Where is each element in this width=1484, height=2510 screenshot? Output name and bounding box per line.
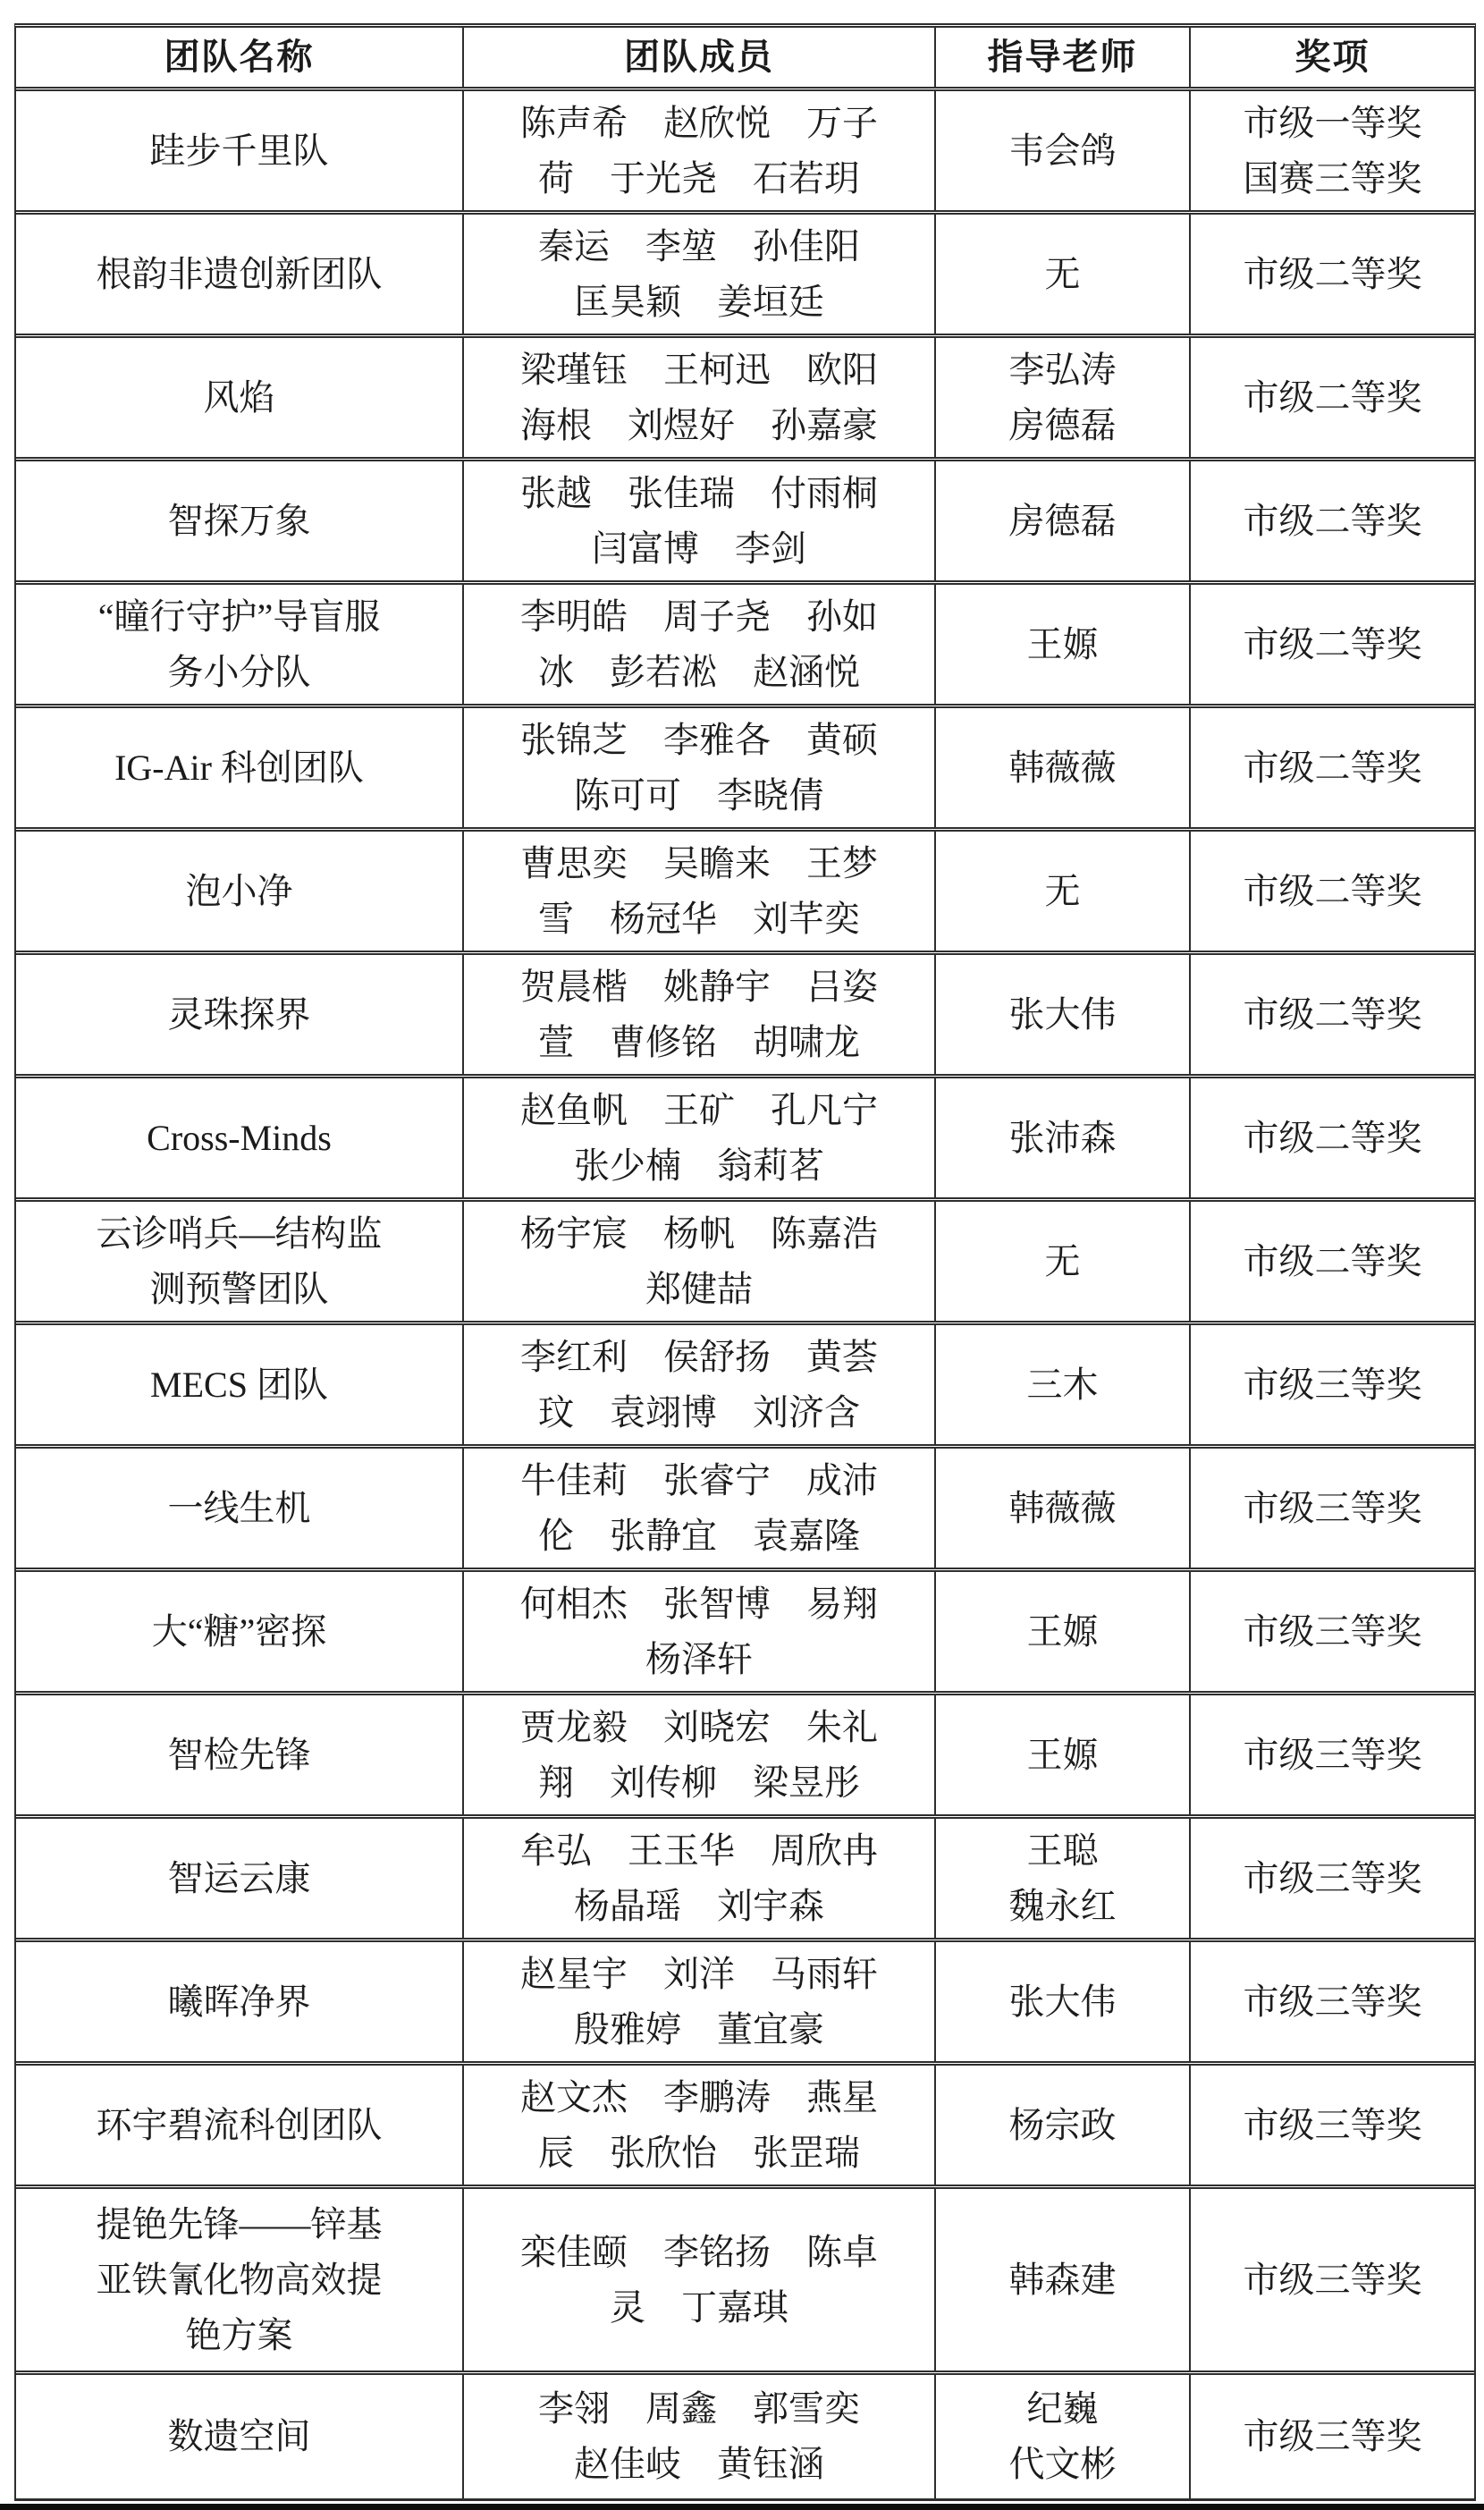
table-row: 根韵非遗创新团队秦运 李堃 孙佳阳匡昊颖 姜垣廷无市级二等奖 <box>16 215 1474 338</box>
award-cell: 市级二等奖 <box>1191 338 1474 457</box>
team-name-cell: 根韵非遗创新团队 <box>16 215 464 334</box>
members-cell: 赵鱼帆 王矿 孔凡宁张少楠 翁莉茗 <box>464 1078 936 1197</box>
header-team-name: 团队名称 <box>16 28 464 87</box>
advisor-line: 纪巍 <box>1027 2381 1099 2437</box>
member-line: 李明皓 周子尧 孙如 <box>520 589 878 645</box>
table-row: 智运云康牟弘 王玉华 周欣冉杨晶瑶 刘宇森王聪魏永红市级三等奖 <box>16 1819 1474 1942</box>
advisor-line: 王嫄 <box>1027 1604 1099 1660</box>
member-line: 张锦芝 李雅各 黄硕 <box>520 713 878 768</box>
advisor-line: 张沛森 <box>1009 1111 1117 1166</box>
advisor-line: 王聪 <box>1027 1823 1099 1879</box>
team-name-cell: 智运云康 <box>16 1819 464 1938</box>
award-line: 市级二等奖 <box>1244 247 1422 302</box>
member-line: 陈声希 赵欣悦 万子 <box>520 96 878 151</box>
table-row: 大“糖”密探何相杰 张智博 易翔杨泽轩王嫄市级三等奖 <box>16 1572 1474 1695</box>
team-name-cell: 数遗空间 <box>16 2375 464 2498</box>
member-line: 郑健喆 <box>645 1262 753 1317</box>
team-name-cell: 泡小净 <box>16 832 464 951</box>
team-name-cell: 一线生机 <box>16 1449 464 1568</box>
advisor-line: 韦会鸽 <box>1009 123 1117 179</box>
advisor-line: 魏永红 <box>1009 1879 1117 1934</box>
members-cell: 张锦芝 李雅各 黄硕陈可可 李晓倩 <box>464 708 936 827</box>
member-line: 李翎 周鑫 郭雪奕 <box>538 2381 860 2437</box>
advisor-line: 三木 <box>1027 1357 1099 1413</box>
member-line: 何相杰 张智博 易翔 <box>520 1576 878 1632</box>
advisor-cell: 杨宗政 <box>936 2066 1191 2185</box>
advisor-line: 杨宗政 <box>1009 2098 1117 2153</box>
advisor-cell: 张大伟 <box>936 955 1191 1074</box>
award-cell: 市级二等奖 <box>1191 215 1474 334</box>
member-line: 张越 张佳瑞 付雨桐 <box>520 466 878 521</box>
advisor-line: 李弘涛 <box>1009 342 1117 398</box>
member-line: 荷 于光尧 石若玥 <box>538 151 860 207</box>
member-line: 赵星宇 刘洋 马雨轩 <box>520 1947 878 2002</box>
member-line: 辰 张欣怡 张罡瑞 <box>538 2125 860 2181</box>
members-cell: 李明皓 周子尧 孙如冰 彭若凇 赵涵悦 <box>464 585 936 704</box>
advisor-line: 无 <box>1045 1234 1081 1289</box>
advisor-line: 张大伟 <box>1009 987 1117 1043</box>
members-cell: 李翎 周鑫 郭雪奕赵佳岐 黄钰涵 <box>464 2375 936 2498</box>
advisor-cell: 王嫄 <box>936 585 1191 704</box>
team-name-line: “瞳行守护”导盲服 <box>98 589 381 645</box>
advisor-cell: 无 <box>936 832 1191 951</box>
advisor-cell: 房德磊 <box>936 461 1191 580</box>
team-name-line: 云诊哨兵—结构监 <box>97 1206 383 1262</box>
members-cell: 李红利 侯舒扬 黄荟玟 袁翊博 刘济含 <box>464 1325 936 1444</box>
member-line: 陈可可 李晓倩 <box>574 768 824 824</box>
members-cell: 张越 张佳瑞 付雨桐闫富博 李剑 <box>464 461 936 580</box>
member-line: 秦运 李堃 孙佳阳 <box>538 219 860 275</box>
team-name-line: 大“糖”密探 <box>152 1604 327 1660</box>
members-cell: 杨宇宸 杨帆 陈嘉浩郑健喆 <box>464 1202 936 1321</box>
table-row: 云诊哨兵—结构监测预警团队杨宇宸 杨帆 陈嘉浩郑健喆无市级二等奖 <box>16 1202 1474 1325</box>
team-name-cell: 跬步千里队 <box>16 91 464 210</box>
award-cell: 市级二等奖 <box>1191 1078 1474 1197</box>
team-name-line: 智检先锋 <box>168 1728 311 1783</box>
award-cell: 市级二等奖 <box>1191 955 1474 1074</box>
award-cell: 市级三等奖 <box>1191 1572 1474 1691</box>
advisor-cell: 韩薇薇 <box>936 1449 1191 1568</box>
team-name-line: Cross-Minds <box>147 1111 332 1166</box>
table-row: 智检先锋贾龙毅 刘晓宏 朱礼翔 刘传柳 梁昱彤王嫄市级三等奖 <box>16 1695 1474 1819</box>
advisor-cell: 王聪魏永红 <box>936 1819 1191 1938</box>
award-line: 市级三等奖 <box>1244 1728 1422 1783</box>
member-line: 闫富博 李剑 <box>592 521 806 577</box>
team-name-cell: “瞳行守护”导盲服务小分队 <box>16 585 464 704</box>
team-name-line: 跬步千里队 <box>150 123 329 179</box>
team-name-line: 灵珠探界 <box>168 987 311 1043</box>
member-line: 翔 刘传柳 梁昱彤 <box>538 1755 860 1811</box>
advisor-cell: 无 <box>936 215 1191 334</box>
member-line: 殷雅婷 董宜豪 <box>574 2002 824 2058</box>
member-line: 李红利 侯舒扬 黄荟 <box>520 1330 878 1385</box>
advisor-cell: 无 <box>936 1202 1191 1321</box>
member-line: 曹思奕 吴瞻来 王梦 <box>520 836 878 892</box>
advisor-line: 房德磊 <box>1009 398 1117 453</box>
team-name-cell: IG-Air 科创团队 <box>16 708 464 827</box>
members-cell: 牛佳莉 张睿宁 成沛伦 张静宜 袁嘉隆 <box>464 1449 936 1568</box>
member-line: 杨泽轩 <box>645 1632 753 1687</box>
member-line: 萱 曹修铭 胡啸龙 <box>538 1015 860 1070</box>
members-cell: 赵文杰 李鹏涛 燕星辰 张欣怡 张罡瑞 <box>464 2066 936 2185</box>
member-line: 匡昊颖 姜垣廷 <box>574 275 824 330</box>
member-line: 杨宇宸 杨帆 陈嘉浩 <box>520 1206 878 1262</box>
team-name-cell: 智探万象 <box>16 461 464 580</box>
advisor-line: 王嫄 <box>1027 617 1099 672</box>
member-line: 赵文杰 李鹏涛 燕星 <box>520 2070 878 2125</box>
advisor-cell: 韩森建 <box>936 2189 1191 2371</box>
advisor-line: 房德磊 <box>1009 494 1117 549</box>
team-name-cell: 曦晖净界 <box>16 1942 464 2061</box>
members-cell: 牟弘 王玉华 周欣冉杨晶瑶 刘宇森 <box>464 1819 936 1938</box>
member-line: 梁瑾钰 王柯迅 欧阳 <box>520 342 878 398</box>
award-cell: 市级二等奖 <box>1191 708 1474 827</box>
team-name-line: 亚铁氰化物高效提 <box>97 2252 383 2308</box>
table-row: Cross-Minds赵鱼帆 王矿 孔凡宁张少楠 翁莉茗张沛森市级二等奖 <box>16 1078 1474 1202</box>
member-line: 牛佳莉 张睿宁 成沛 <box>520 1453 878 1509</box>
award-line: 市级二等奖 <box>1244 987 1422 1043</box>
members-cell: 秦运 李堃 孙佳阳匡昊颖 姜垣廷 <box>464 215 936 334</box>
members-cell: 赵星宇 刘洋 马雨轩殷雅婷 董宜豪 <box>464 1942 936 2061</box>
member-line: 栾佳颐 李铭扬 陈卓 <box>520 2225 878 2280</box>
table-row: 环宇碧流科创团队赵文杰 李鹏涛 燕星辰 张欣怡 张罡瑞杨宗政市级三等奖 <box>16 2066 1474 2189</box>
award-line: 市级三等奖 <box>1244 1604 1422 1660</box>
advisor-line: 张大伟 <box>1009 1974 1117 2030</box>
team-name-line: 智探万象 <box>168 494 311 549</box>
award-cell: 市级三等奖 <box>1191 2066 1474 2185</box>
advisor-cell: 王嫄 <box>936 1572 1191 1691</box>
member-line: 贺晨楷 姚静宇 吕姿 <box>520 959 878 1015</box>
advisor-line: 韩薇薇 <box>1009 740 1117 796</box>
table-row: 曦晖净界赵星宇 刘洋 马雨轩殷雅婷 董宜豪张大伟市级三等奖 <box>16 1942 1474 2066</box>
team-name-line: 根韵非遗创新团队 <box>97 247 383 302</box>
header-award: 奖项 <box>1191 28 1474 87</box>
team-name-cell: MECS 团队 <box>16 1325 464 1444</box>
advisor-line: 无 <box>1045 864 1081 919</box>
member-line: 冰 彭若凇 赵涵悦 <box>538 645 860 700</box>
advisor-line: 无 <box>1045 247 1081 302</box>
table-row: 泡小净曹思奕 吴瞻来 王梦雪 杨冠华 刘芊奕无市级二等奖 <box>16 832 1474 955</box>
members-cell: 栾佳颐 李铭扬 陈卓灵 丁嘉琪 <box>464 2189 936 2371</box>
table-row: 风焰梁瑾钰 王柯迅 欧阳海根 刘煜好 孙嘉豪李弘涛房德磊市级二等奖 <box>16 338 1474 461</box>
page-bottom-rule <box>0 2504 1484 2510</box>
award-cell: 市级一等奖国赛三等奖 <box>1191 91 1474 210</box>
member-line: 雪 杨冠华 刘芊奕 <box>538 892 860 947</box>
table-body: 跬步千里队陈声希 赵欣悦 万子荷 于光尧 石若玥韦会鸽市级一等奖国赛三等奖根韵非… <box>16 91 1474 2498</box>
team-name-line: MECS 团队 <box>150 1357 328 1413</box>
table-row: 跬步千里队陈声希 赵欣悦 万子荷 于光尧 石若玥韦会鸽市级一等奖国赛三等奖 <box>16 91 1474 215</box>
award-line: 市级二等奖 <box>1244 740 1422 796</box>
award-cell: 市级二等奖 <box>1191 1202 1474 1321</box>
member-line: 海根 刘煜好 孙嘉豪 <box>520 398 878 453</box>
team-name-line: 风焰 <box>204 370 275 426</box>
advisor-cell: 韦会鸽 <box>936 91 1191 210</box>
award-line: 市级三等奖 <box>1244 1974 1422 2030</box>
table-row: “瞳行守护”导盲服务小分队李明皓 周子尧 孙如冰 彭若凇 赵涵悦王嫄市级二等奖 <box>16 585 1474 708</box>
team-name-cell: 环宇碧流科创团队 <box>16 2066 464 2185</box>
team-name-line: 环宇碧流科创团队 <box>97 2098 383 2153</box>
award-line: 市级一等奖 <box>1244 96 1422 151</box>
member-line: 赵佳岐 黄钰涵 <box>574 2437 824 2492</box>
team-name-line: 一线生机 <box>168 1481 311 1536</box>
award-line: 市级三等奖 <box>1244 1357 1422 1413</box>
award-line: 市级三等奖 <box>1244 1481 1422 1536</box>
award-cell: 市级三等奖 <box>1191 1695 1474 1814</box>
members-cell: 何相杰 张智博 易翔杨泽轩 <box>464 1572 936 1691</box>
advisor-line: 韩薇薇 <box>1009 1481 1117 1536</box>
award-table: 团队名称 团队成员 指导老师 奖项 跬步千里队陈声希 赵欣悦 万子荷 于光尧 石… <box>14 23 1476 2501</box>
advisor-cell: 韩薇薇 <box>936 708 1191 827</box>
advisor-cell: 张大伟 <box>936 1942 1191 2061</box>
member-line: 贾龙毅 刘晓宏 朱礼 <box>520 1700 878 1755</box>
table-row: 一线生机牛佳莉 张睿宁 成沛伦 张静宜 袁嘉隆韩薇薇市级三等奖 <box>16 1449 1474 1572</box>
members-cell: 曹思奕 吴瞻来 王梦雪 杨冠华 刘芊奕 <box>464 832 936 951</box>
team-name-line: IG-Air 科创团队 <box>114 740 364 796</box>
award-cell: 市级三等奖 <box>1191 1325 1474 1444</box>
team-name-cell: 提铯先锋——锌基亚铁氰化物高效提铯方案 <box>16 2189 464 2371</box>
award-line: 市级三等奖 <box>1244 1851 1422 1906</box>
table-row: 灵珠探界贺晨楷 姚静宇 吕姿萱 曹修铭 胡啸龙张大伟市级二等奖 <box>16 955 1474 1078</box>
members-cell: 贺晨楷 姚静宇 吕姿萱 曹修铭 胡啸龙 <box>464 955 936 1074</box>
advisor-line: 王嫄 <box>1027 1728 1099 1783</box>
award-line: 市级二等奖 <box>1244 1234 1422 1289</box>
advisor-cell: 张沛森 <box>936 1078 1191 1197</box>
header-team-members: 团队成员 <box>464 28 936 87</box>
award-line: 市级二等奖 <box>1244 370 1422 426</box>
member-line: 伦 张静宜 袁嘉隆 <box>538 1509 860 1564</box>
team-name-line: 提铯先锋——锌基 <box>97 2197 383 2252</box>
team-name-cell: 风焰 <box>16 338 464 457</box>
team-name-cell: 大“糖”密探 <box>16 1572 464 1691</box>
team-name-cell: 云诊哨兵—结构监测预警团队 <box>16 1202 464 1321</box>
team-name-line: 铯方案 <box>186 2308 293 2363</box>
team-name-line: 智运云康 <box>168 1851 311 1906</box>
table-row: 智探万象张越 张佳瑞 付雨桐闫富博 李剑房德磊市级二等奖 <box>16 461 1474 585</box>
advisor-cell: 三木 <box>936 1325 1191 1444</box>
document-page: 团队名称 团队成员 指导老师 奖项 跬步千里队陈声希 赵欣悦 万子荷 于光尧 石… <box>0 0 1484 2510</box>
team-name-line: 务小分队 <box>168 645 311 700</box>
award-cell: 市级三等奖 <box>1191 1942 1474 2061</box>
team-name-line: 泡小净 <box>186 864 293 919</box>
table-row: IG-Air 科创团队张锦芝 李雅各 黄硕陈可可 李晓倩韩薇薇市级二等奖 <box>16 708 1474 832</box>
award-line: 国赛三等奖 <box>1244 151 1422 207</box>
table-header-row: 团队名称 团队成员 指导老师 奖项 <box>16 28 1474 91</box>
award-line: 市级二等奖 <box>1244 864 1422 919</box>
award-line: 市级三等奖 <box>1244 2409 1422 2464</box>
members-cell: 陈声希 赵欣悦 万子荷 于光尧 石若玥 <box>464 91 936 210</box>
advisor-cell: 纪巍代文彬 <box>936 2375 1191 2498</box>
award-cell: 市级三等奖 <box>1191 2375 1474 2498</box>
award-line: 市级二等奖 <box>1244 617 1422 672</box>
award-line: 市级二等奖 <box>1244 494 1422 549</box>
team-name-cell: 智检先锋 <box>16 1695 464 1814</box>
team-name-line: 数遗空间 <box>168 2409 311 2464</box>
members-cell: 梁瑾钰 王柯迅 欧阳海根 刘煜好 孙嘉豪 <box>464 338 936 457</box>
table-row: 数遗空间李翎 周鑫 郭雪奕赵佳岐 黄钰涵纪巍代文彬市级三等奖 <box>16 2375 1474 2498</box>
member-line: 牟弘 王玉华 周欣冉 <box>520 1823 878 1879</box>
member-line: 杨晶瑶 刘宇森 <box>574 1879 824 1934</box>
header-advisor: 指导老师 <box>936 28 1191 87</box>
team-name-cell: Cross-Minds <box>16 1078 464 1197</box>
award-cell: 市级二等奖 <box>1191 832 1474 951</box>
table-row: MECS 团队李红利 侯舒扬 黄荟玟 袁翊博 刘济含三木市级三等奖 <box>16 1325 1474 1449</box>
advisor-line: 韩森建 <box>1009 2252 1117 2308</box>
award-line: 市级二等奖 <box>1244 1111 1422 1166</box>
award-cell: 市级二等奖 <box>1191 461 1474 580</box>
advisor-cell: 李弘涛房德磊 <box>936 338 1191 457</box>
award-cell: 市级三等奖 <box>1191 2189 1474 2371</box>
table-row: 提铯先锋——锌基亚铁氰化物高效提铯方案栾佳颐 李铭扬 陈卓灵 丁嘉琪韩森建市级三… <box>16 2189 1474 2375</box>
team-name-cell: 灵珠探界 <box>16 955 464 1074</box>
advisor-cell: 王嫄 <box>936 1695 1191 1814</box>
member-line: 玟 袁翊博 刘济含 <box>538 1385 860 1441</box>
award-line: 市级三等奖 <box>1244 2252 1422 2308</box>
award-cell: 市级三等奖 <box>1191 1449 1474 1568</box>
award-line: 市级三等奖 <box>1244 2098 1422 2153</box>
member-line: 灵 丁嘉琪 <box>610 2280 788 2336</box>
member-line: 赵鱼帆 王矿 孔凡宁 <box>520 1083 878 1138</box>
team-name-line: 曦晖净界 <box>168 1974 311 2030</box>
member-line: 张少楠 翁莉茗 <box>574 1138 824 1194</box>
award-cell: 市级三等奖 <box>1191 1819 1474 1938</box>
advisor-line: 代文彬 <box>1009 2437 1117 2492</box>
team-name-line: 测预警团队 <box>150 1262 329 1317</box>
award-cell: 市级二等奖 <box>1191 585 1474 704</box>
members-cell: 贾龙毅 刘晓宏 朱礼翔 刘传柳 梁昱彤 <box>464 1695 936 1814</box>
